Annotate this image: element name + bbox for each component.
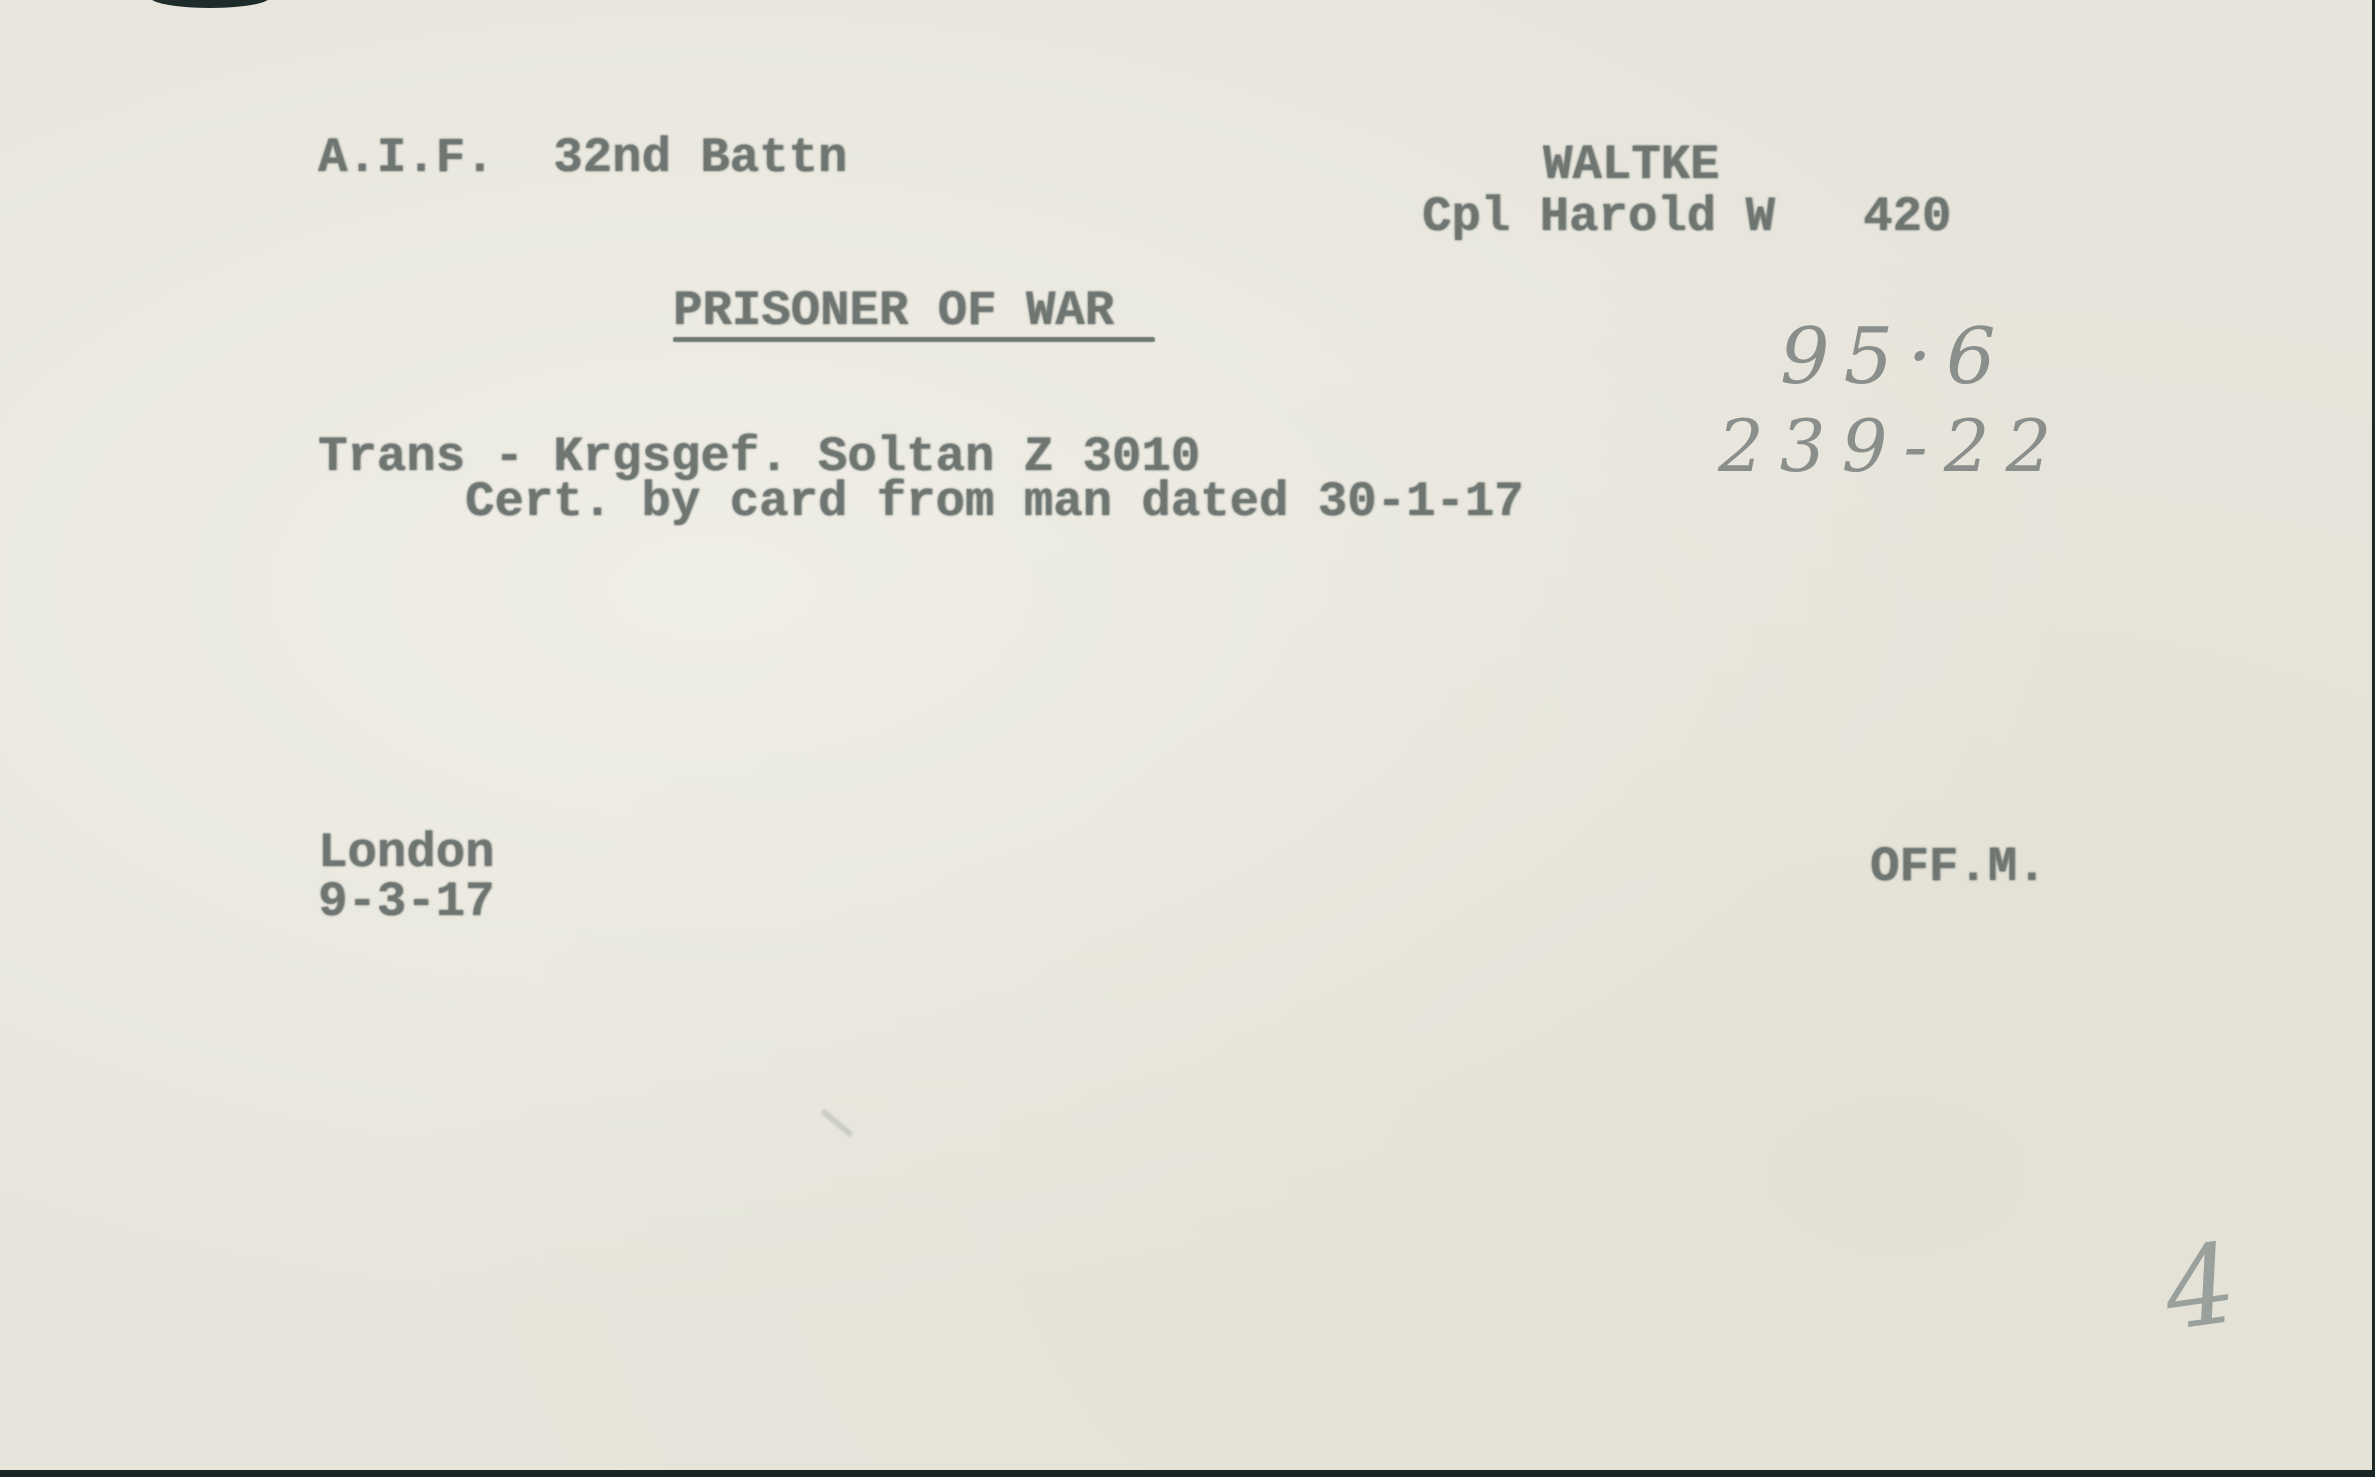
- office-code: OFF.M.: [1870, 843, 2046, 892]
- surname: WALTKE: [1543, 141, 1719, 190]
- ink-blot: [150, 0, 270, 8]
- card-edge-bottom: [0, 1470, 2375, 1477]
- handwritten-ref-1: 95·6: [1780, 318, 2010, 396]
- unit-line: A.I.F. 32nd Battn: [318, 134, 847, 183]
- certification-line: Cert. by card from man dated 30-1-17: [465, 478, 1524, 527]
- handwritten-page-number: 4: [2158, 1228, 2243, 1347]
- heading-underline: [673, 337, 1155, 342]
- index-card: A.I.F. 32nd Battn WALTKE Cpl Harold W 42…: [0, 0, 2372, 1470]
- rank-name-number: Cpl Harold W 420: [1422, 193, 1951, 242]
- faint-mark: [821, 1108, 854, 1137]
- place: London: [318, 829, 494, 878]
- handwritten-ref-2: 239-22: [1718, 410, 2067, 482]
- heading-prisoner-of-war: PRISONER OF WAR: [673, 287, 1114, 336]
- date: 9-3-17: [318, 878, 494, 927]
